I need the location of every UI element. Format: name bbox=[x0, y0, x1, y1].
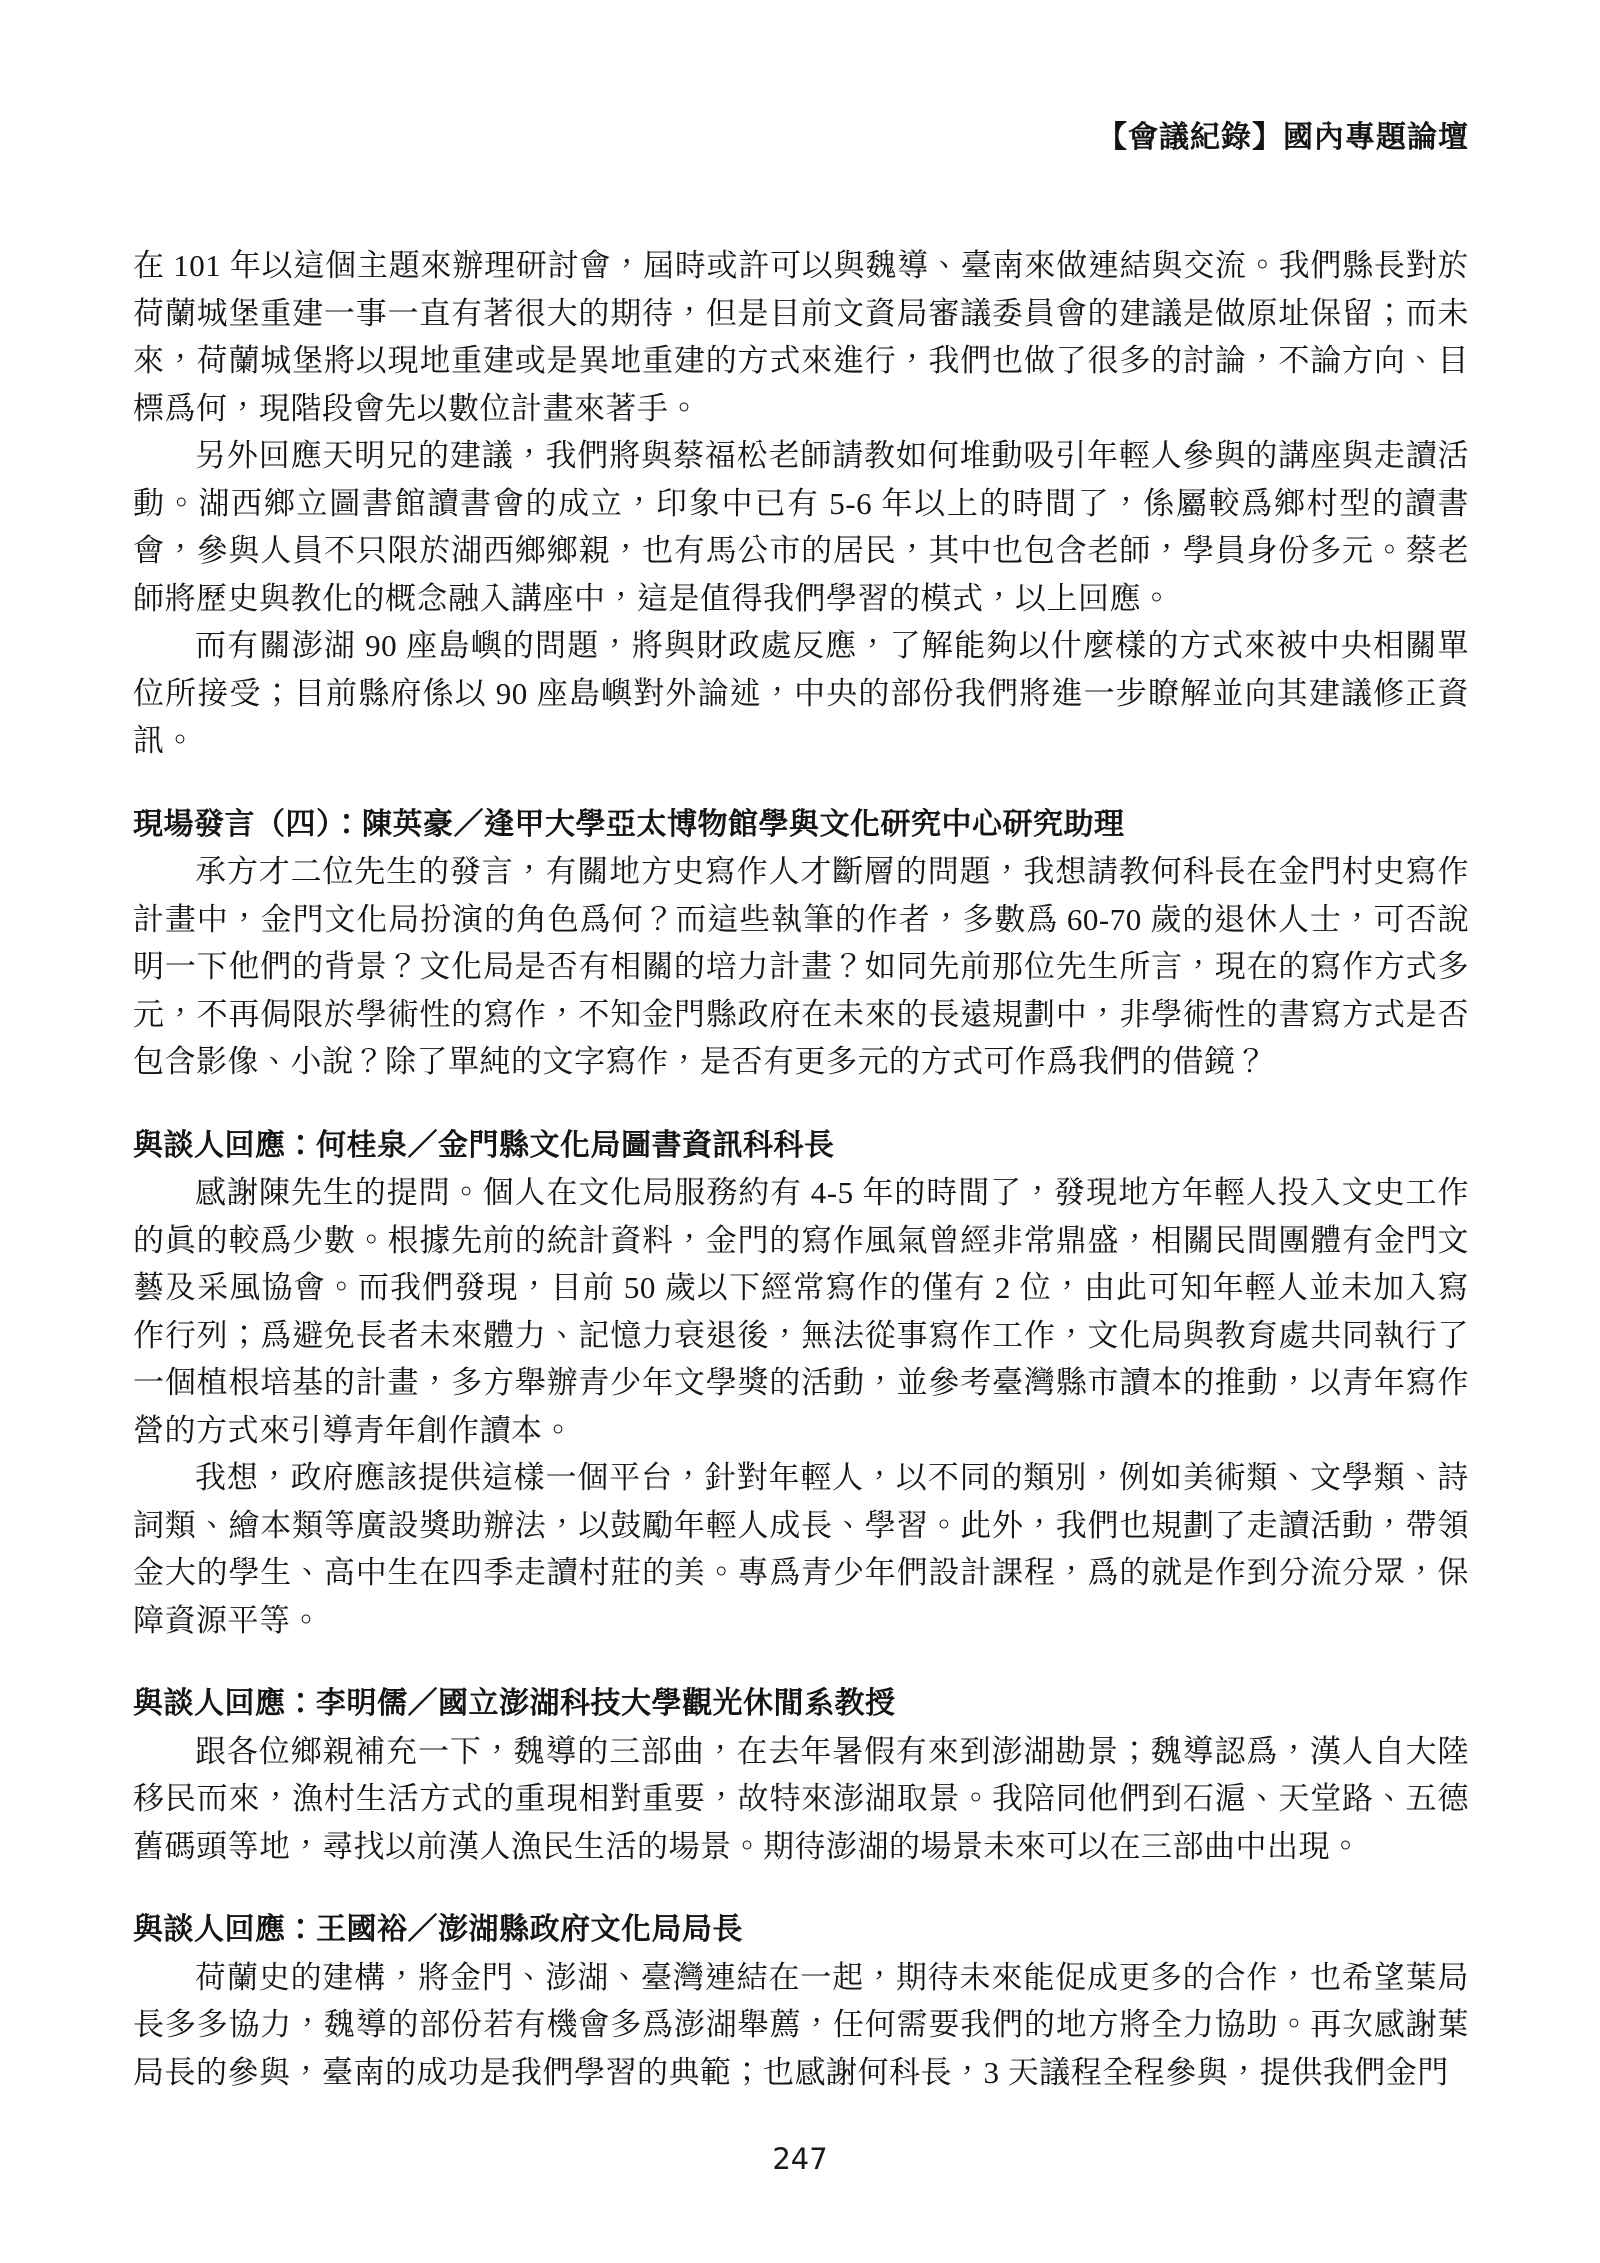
section-heading-panelist-response-ho: 與談人回應：何桂泉／金門縣文化局圖書資訊科科長 bbox=[133, 1122, 1469, 1170]
paragraph: 另外回應天明兄的建議，我們將與蔡福松老師請教如何堆動吸引年輕人參與的講座與走讀活… bbox=[133, 432, 1469, 622]
document-page: 【會議紀錄】國內專題論壇 在 101 年以這個主題來辦理研討會，屆時或許可以與魏… bbox=[0, 0, 1600, 2263]
section-heading-panelist-response-li: 與談人回應：李明儒／國立澎湖科技大學觀光休閒系教授 bbox=[133, 1680, 1469, 1728]
paragraph: 在 101 年以這個主題來辦理研討會，屆時或許可以與魏導、臺南來做連結與交流。我… bbox=[133, 242, 1469, 432]
running-header: 【會議紀錄】國內專題論壇 bbox=[1097, 112, 1469, 156]
section-heading-floor-speech-4: 現場發言（四）：陳英豪／逢甲大學亞太博物館學與文化研究中心研究助理 bbox=[133, 801, 1469, 849]
paragraph: 而有關澎湖 90 座島嶼的問題，將與財政處反應，了解能夠以什麼樣的方式來被中央相… bbox=[133, 622, 1469, 765]
paragraph: 跟各位鄉親補充一下，魏導的三部曲，在去年暑假有來到澎湖勘景；魏導認爲，漢人自大陸… bbox=[133, 1728, 1469, 1871]
paragraph: 感謝陳先生的提問。個人在文化局服務約有 4-5 年的時間了，發現地方年輕人投入文… bbox=[133, 1169, 1469, 1454]
paragraph: 我想，政府應該提供這樣一個平台，針對年輕人，以不同的類別，例如美術類、文學類、詩… bbox=[133, 1454, 1469, 1644]
section-heading-panelist-response-wang: 與談人回應：王國裕／澎湖縣政府文化局局長 bbox=[133, 1906, 1469, 1954]
page-number: 247 bbox=[0, 2142, 1600, 2176]
document-body: 在 101 年以這個主題來辦理研討會，屆時或許可以與魏導、臺南來做連結與交流。我… bbox=[133, 242, 1469, 2096]
paragraph: 荷蘭史的建構，將金門、澎湖、臺灣連結在一起，期待未來能促成更多的合作，也希望葉局… bbox=[133, 1954, 1469, 2097]
paragraph: 承方才二位先生的發言，有關地方史寫作人才斷層的問題，我想請教何科長在金門村史寫作… bbox=[133, 848, 1469, 1086]
